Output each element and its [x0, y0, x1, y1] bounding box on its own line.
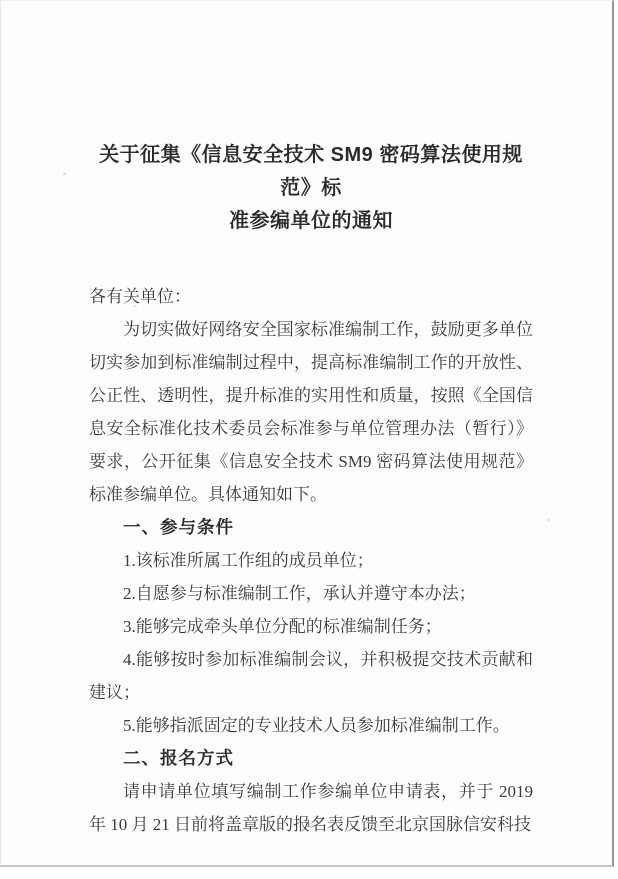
salutation: 各有关单位： — [89, 280, 533, 313]
page-number: 1 — [0, 816, 618, 831]
document-title: 关于征集《信息安全技术 SM9 密码算法使用规范》标 准参编单位的通知 — [89, 139, 533, 238]
document-body: 各有关单位： 为切实做好网络安全国家标准编制工作，鼓励更多单位切实参加到标准编制… — [89, 280, 533, 841]
condition-item-3: 3.能够完成牵头单位分配的标准编制任务； — [89, 610, 533, 643]
scan-speck — [63, 173, 66, 175]
document-content: 关于征集《信息安全技术 SM9 密码算法使用规范》标 准参编单位的通知 各有关单… — [89, 139, 533, 841]
registration-paragraph: 请申请单位填写编制工作参编单位申请表，并于 2019 年 10 月 21 日前将… — [89, 775, 533, 841]
document-title-line-1: 关于征集《信息安全技术 SM9 密码算法使用规范》标 — [89, 139, 533, 205]
scan-speck — [133, 305, 137, 307]
condition-item-4: 4.能够按时参加标准编制会议，并积极提交技术贡献和建议； — [89, 643, 533, 709]
scanned-document-page: 关于征集《信息安全技术 SM9 密码算法使用规范》标 准参编单位的通知 各有关单… — [0, 0, 614, 867]
intro-paragraph: 为切实做好网络安全国家标准编制工作，鼓励更多单位切实参加到标准编制过程中，提高标… — [89, 313, 533, 511]
condition-item-2: 2.自愿参与标准编制工作，承认并遵守本办法； — [89, 577, 533, 610]
condition-item-5: 5.能够指派固定的专业技术人员参加标准编制工作。 — [89, 709, 533, 742]
section-heading-registration-method: 二、报名方式 — [89, 742, 533, 775]
document-title-line-2: 准参编单位的通知 — [89, 205, 533, 238]
section-heading-participation-conditions: 一、参与条件 — [89, 511, 533, 544]
condition-item-1: 1.该标准所属工作组的成员单位； — [89, 544, 533, 577]
scan-speck — [548, 519, 550, 521]
